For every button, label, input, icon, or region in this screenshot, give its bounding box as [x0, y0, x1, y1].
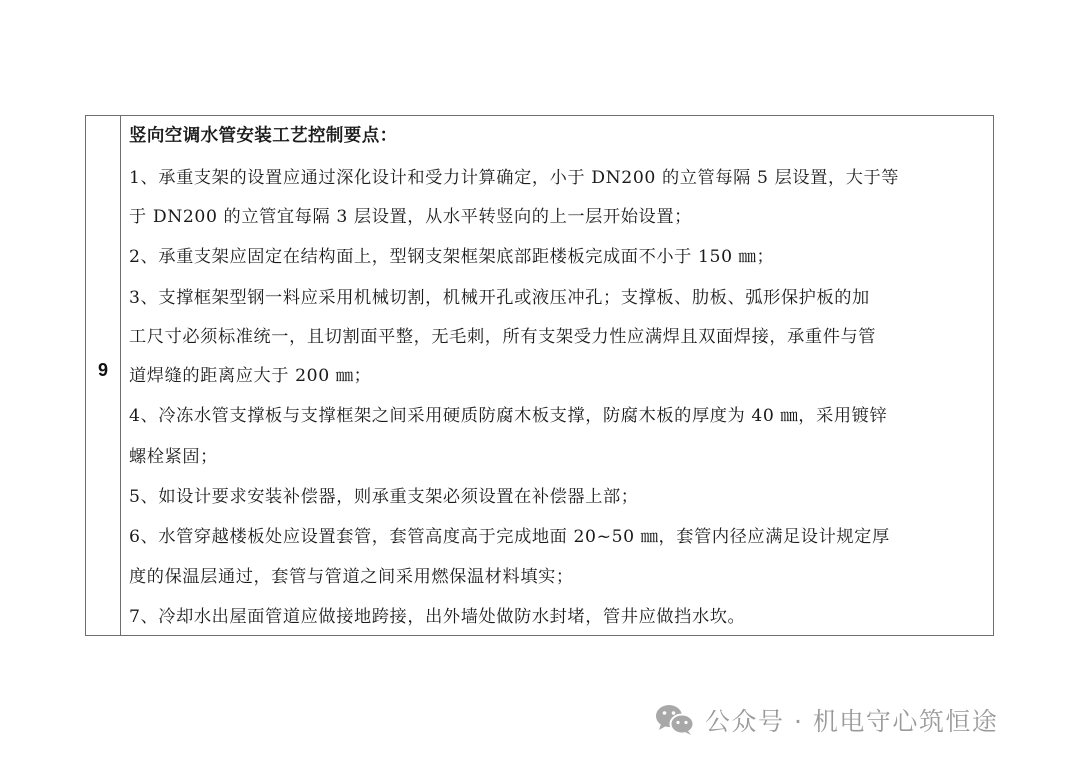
- text-line: 2、承重支架应固定在结构面上，型钢支架框架底部距楼板完成面不小于 150 ㎜；: [129, 246, 774, 268]
- watermark: 公众号 · 机电守心筑恒途: [655, 700, 998, 740]
- wechat-icon: [655, 704, 695, 736]
- text-line: 7、冷却水出屋面管道应做接地跨接，出外墙处做防水封堵，管井应做挡水坎。: [129, 606, 745, 628]
- text-line: 螺栓紧固；: [129, 446, 218, 468]
- text-line: 3、支撑框架型钢一料应采用机械切割，机械开孔或液压冲孔；支撑板、肋板、弧形保护板…: [129, 287, 870, 309]
- requirements-table: 9 竖向空调水管安装工艺控制要点： 1、承重支架的设置应通过深化设计和受力计算确…: [85, 115, 994, 636]
- content-cell: 竖向空调水管安装工艺控制要点： 1、承重支架的设置应通过深化设计和受力计算确定，…: [121, 116, 993, 635]
- watermark-text: 公众号 · 机电守心筑恒途: [705, 702, 998, 738]
- text-line: 1、承重支架的设置应通过深化设计和受力计算确定，小于 DN200 的立管每隔 5…: [129, 167, 899, 189]
- row-number-cell: 9: [86, 116, 121, 635]
- row-number: 9: [86, 360, 120, 381]
- text-line: 6、水管穿越楼板处应设置套管，套管高度高于完成地面 20~50 ㎜，套管内径应满…: [129, 526, 890, 548]
- text-line: 4、冷冻水管支撑板与支撑框架之间采用硬质防腐木板支撑，防腐木板的厚度为 40 ㎜…: [129, 405, 887, 427]
- text-line: 道焊缝的距离应大于 200 ㎜；: [129, 365, 371, 387]
- section-title: 竖向空调水管安装工艺控制要点：: [129, 125, 398, 147]
- text-line: 5、如设计要求安装补偿器，则承重支架必须设置在补偿器上部；: [129, 486, 639, 508]
- text-line: 于 DN200 的立管宜每隔 3 层设置，从水平转竖向的上一层开始设置；: [129, 206, 692, 228]
- text-line: 度的保温层通过，套管与管道之间采用燃保温材料填实；: [129, 566, 574, 588]
- text-line: 工尺寸必须标准统一，且切割面平整，无毛刺，所有支架受力性应满焊且双面焊接，承重件…: [129, 326, 876, 348]
